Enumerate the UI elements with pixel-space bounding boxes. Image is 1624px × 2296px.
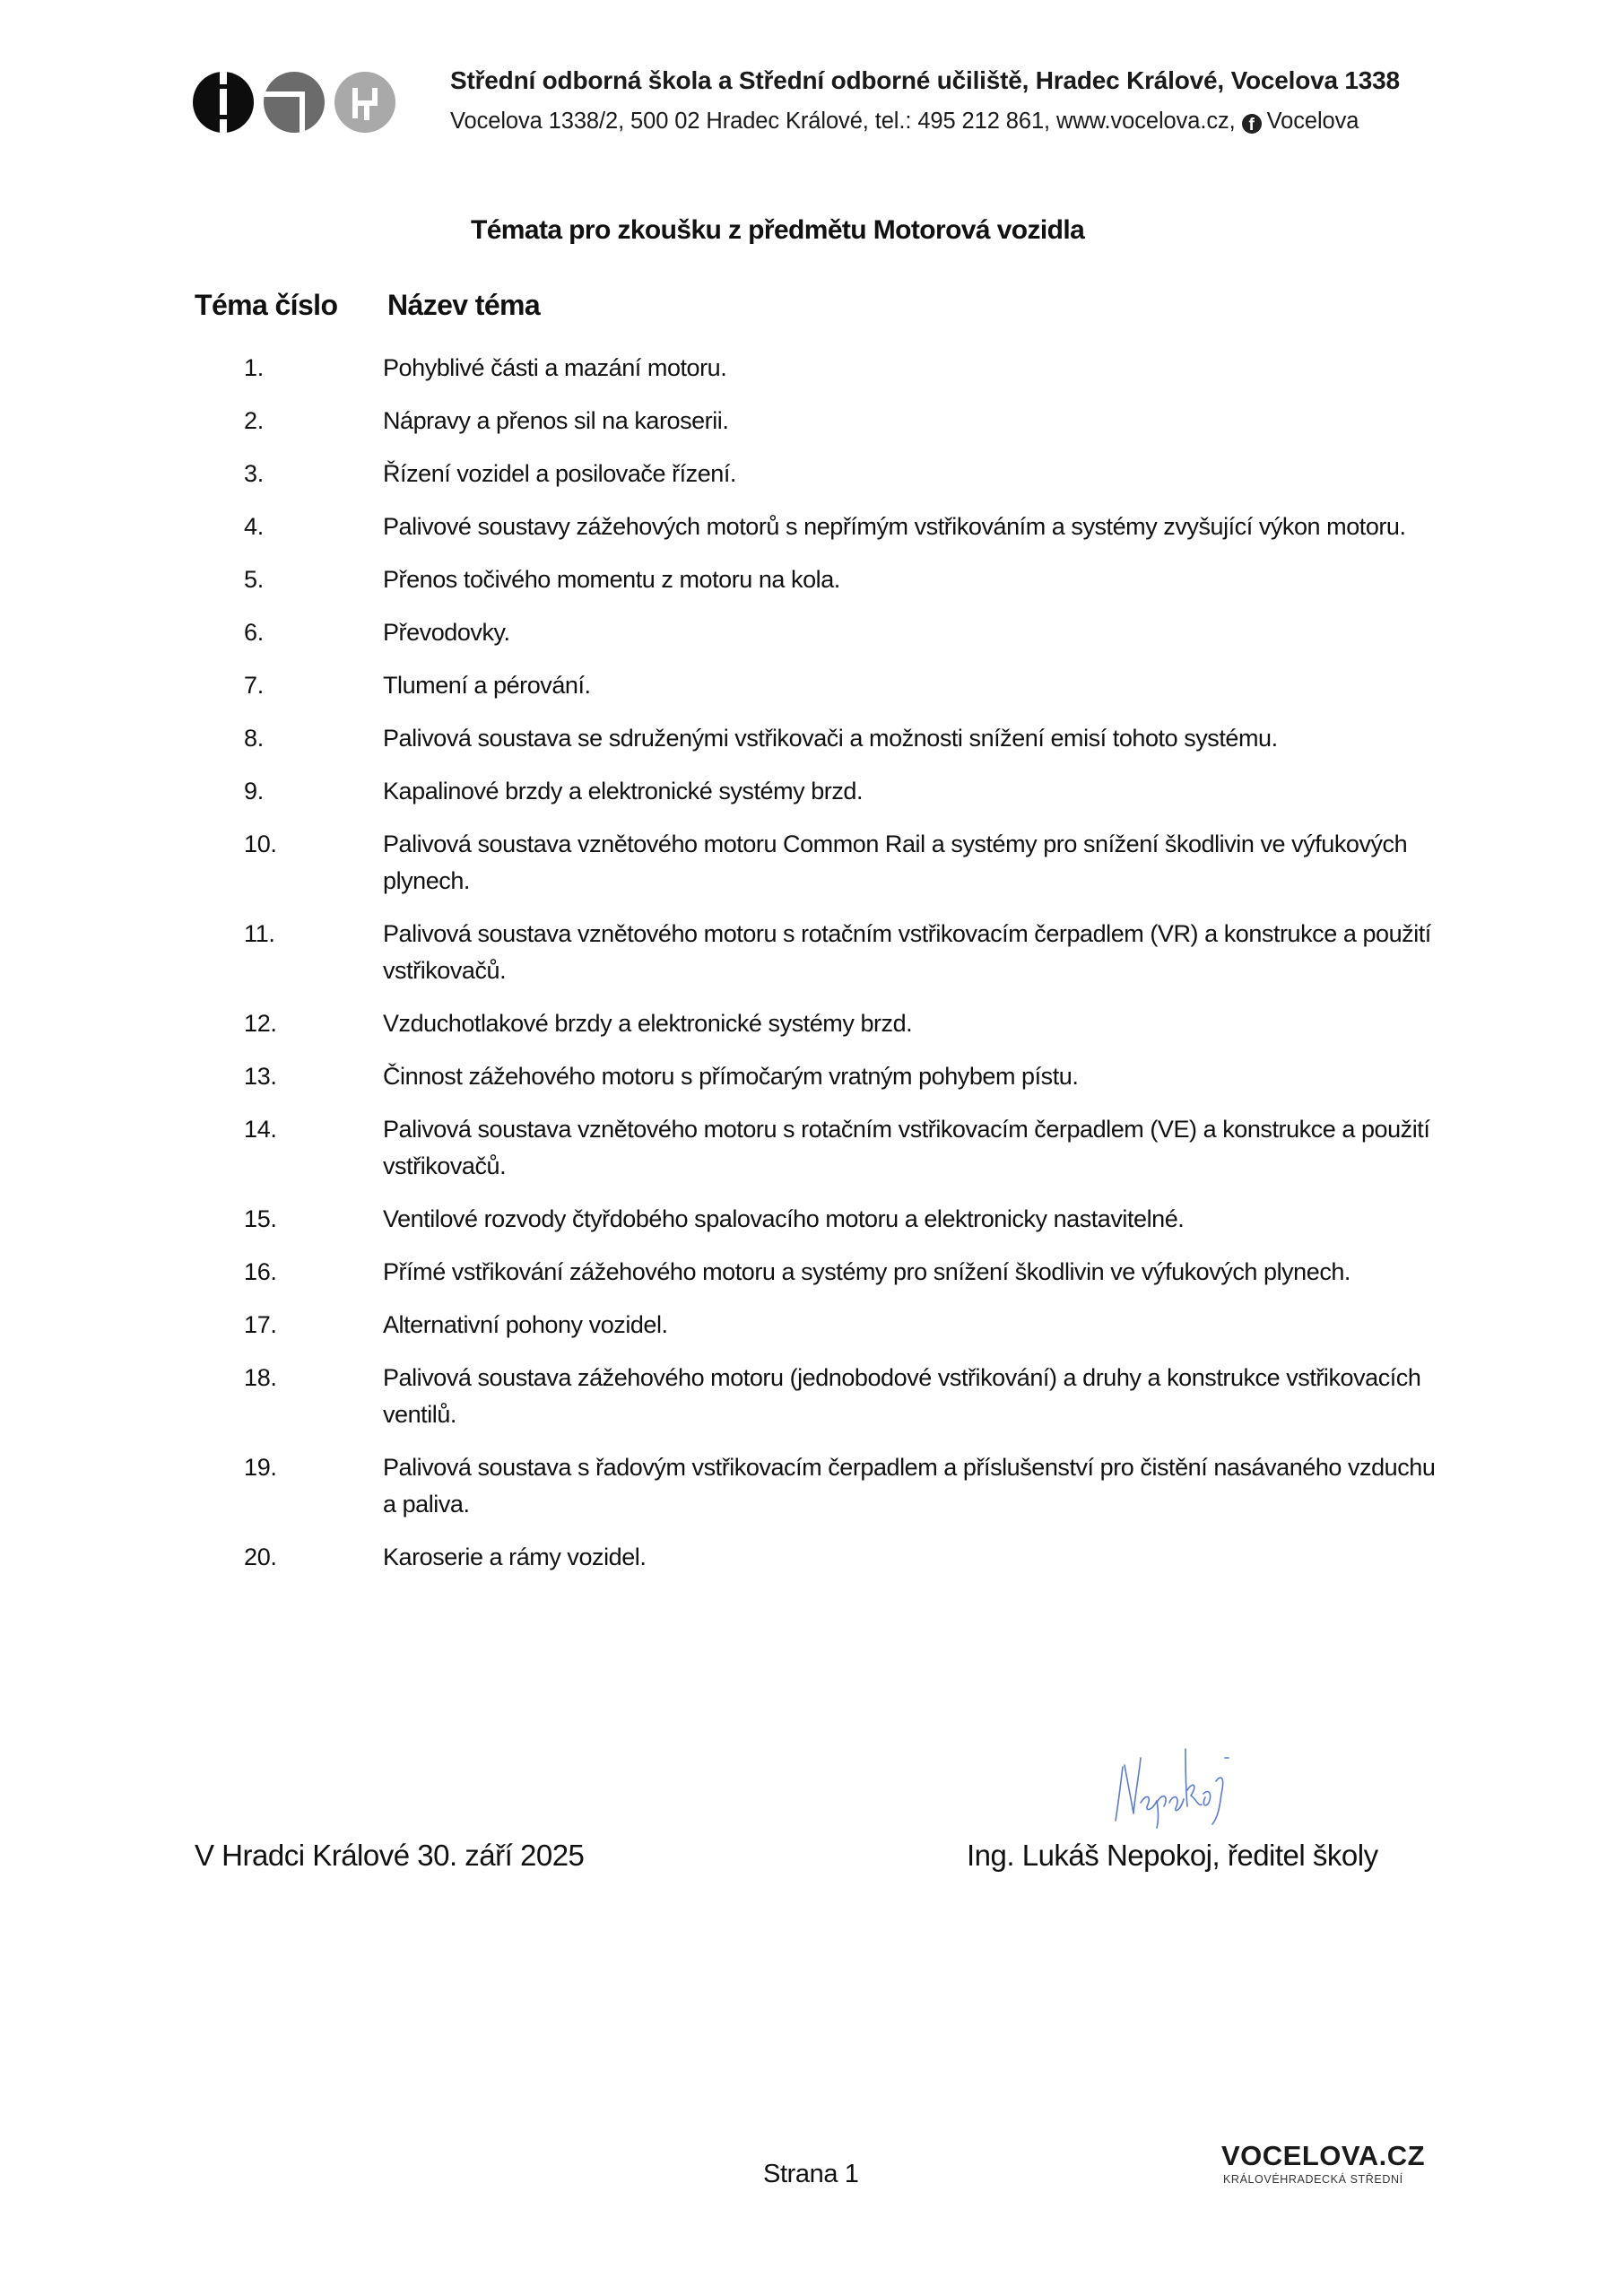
topic-number: 20.	[244, 1539, 277, 1576]
signatory: Ing. Lukáš Nepokoj, ředitel školy	[967, 1839, 1378, 1873]
topic-name: Činnost zážehového motoru s přímočarým v…	[383, 1058, 1441, 1095]
topic-row: 2.Nápravy a přenos sil na karoserii.	[0, 403, 1624, 439]
topic-name: Alternativní pohony vozidel.	[383, 1307, 1441, 1344]
topic-number: 15.	[244, 1201, 277, 1238]
topic-number: 12.	[244, 1005, 277, 1042]
topic-row: 9.Kapalinové brzdy a elektronické systém…	[0, 773, 1624, 810]
topic-number: 4.	[244, 509, 264, 545]
logo-circle-gray-icon	[264, 72, 325, 133]
topic-number: 17.	[244, 1307, 277, 1344]
topic-row: 6.Převodovky.	[0, 614, 1624, 651]
topic-row: 17.Alternativní pohony vozidel.	[0, 1307, 1624, 1344]
topic-row: 7.Tlumení a pérování.	[0, 667, 1624, 704]
brand-logo: VOCELOVA.CZ	[1221, 2140, 1425, 2172]
column-header-number: Téma číslo	[195, 289, 337, 322]
topic-number: 10.	[244, 826, 277, 863]
page-number: Strana 1	[763, 2160, 858, 2189]
topic-name: Kapalinové brzdy a elektronické systémy …	[383, 773, 1441, 810]
topic-row: 13.Činnost zážehového motoru s přímočarý…	[0, 1058, 1624, 1095]
topic-row: 14.Palivová soustava vznětového motoru s…	[0, 1111, 1624, 1185]
topic-row: 10.Palivová soustava vznětového motoru C…	[0, 826, 1624, 900]
topic-row: 15.Ventilové rozvody čtyřdobého spalovac…	[0, 1201, 1624, 1238]
topic-number: 2.	[244, 403, 264, 439]
column-header-name: Název téma	[387, 289, 540, 322]
topic-name: Nápravy a přenos sil na karoserii.	[383, 403, 1441, 439]
topic-number: 14.	[244, 1111, 277, 1148]
facebook-icon: f	[1242, 114, 1262, 134]
topic-number: 19.	[244, 1449, 277, 1486]
topic-row: 3.Řízení vozidel a posilovače řízení.	[0, 456, 1624, 492]
topic-row: 12.Vzduchotlakové brzdy a elektronické s…	[0, 1005, 1624, 1042]
topic-number: 16.	[244, 1254, 277, 1291]
topic-row: 19.Palivová soustava s řadovým vstřikova…	[0, 1449, 1624, 1523]
document-title: Témata pro zkoušku z předmětu Motorová v…	[471, 215, 1084, 246]
topic-name: Palivová soustava zážehového motoru (jed…	[383, 1360, 1441, 1433]
topic-name: Palivová soustava vznětového motoru s ro…	[383, 916, 1441, 989]
topic-name: Převodovky.	[383, 614, 1441, 651]
topic-number: 9.	[244, 773, 264, 810]
topic-name: Palivová soustava s řadovým vstřikovacím…	[383, 1449, 1441, 1523]
topic-number: 8.	[244, 720, 264, 757]
topic-name: Pohyblivé části a mazání motoru.	[383, 350, 1441, 387]
topic-row: 20.Karoserie a rámy vozidel.	[0, 1539, 1624, 1576]
topic-name: Ventilové rozvody čtyřdobého spalovacího…	[383, 1201, 1441, 1238]
topic-name: Karoserie a rámy vozidel.	[383, 1539, 1441, 1576]
topic-row: 8.Palivová soustava se sdruženými vstřik…	[0, 720, 1624, 757]
topic-name: Palivová soustava se sdruženými vstřikov…	[383, 720, 1441, 757]
topic-row: 1.Pohyblivé části a mazání motoru.	[0, 350, 1624, 387]
topic-row: 11.Palivová soustava vznětového motoru s…	[0, 916, 1624, 989]
topic-number: 13.	[244, 1058, 277, 1095]
school-name: Střední odborná škola a Střední odborné …	[450, 66, 1400, 95]
facebook-label: Vocelova	[1267, 109, 1359, 134]
signature-image	[1105, 1731, 1239, 1830]
topic-name: Řízení vozidel a posilovače řízení.	[383, 456, 1441, 492]
logo-circle-lightgray-icon	[334, 72, 395, 133]
topic-name: Palivová soustava vznětového motoru Comm…	[383, 826, 1441, 900]
topic-number: 11.	[244, 916, 275, 952]
topic-number: 5.	[244, 561, 264, 598]
topic-number: 1.	[244, 350, 264, 387]
address-line: Vocelova 1338/2, 500 02 Hradec Králové, …	[450, 109, 1236, 134]
topic-name: Přenos točivého momentu z motoru na kola…	[383, 561, 1441, 598]
topic-number: 6.	[244, 614, 264, 651]
topic-number: 7.	[244, 667, 264, 704]
topic-name: Tlumení a pérování.	[383, 667, 1441, 704]
topic-row: 18.Palivová soustava zážehového motoru (…	[0, 1360, 1624, 1433]
topic-row: 16.Přímé vstřikování zážehového motoru a…	[0, 1254, 1624, 1291]
topic-name: Palivová soustava vznětového motoru s ro…	[383, 1111, 1441, 1185]
place-and-date: V Hradci Králové 30. září 2025	[195, 1839, 584, 1873]
logo-circle-black-icon	[193, 72, 254, 133]
topic-name: Přímé vstřikování zážehového motoru a sy…	[383, 1254, 1441, 1291]
topic-number: 18.	[244, 1360, 277, 1396]
topic-name: Palivové soustavy zážehových motorů s ne…	[383, 509, 1441, 545]
topic-row: 4.Palivové soustavy zážehových motorů s …	[0, 509, 1624, 545]
topic-name: Vzduchotlakové brzdy a elektronické syst…	[383, 1005, 1441, 1042]
topic-row: 5.Přenos točivého momentu z motoru na ko…	[0, 561, 1624, 598]
brand-tagline: KRÁLOVÉHRADECKÁ STŘEDNÍ	[1223, 2173, 1403, 2186]
school-address: Vocelova 1338/2, 500 02 Hradec Králové, …	[450, 109, 1359, 135]
topic-number: 3.	[244, 456, 264, 492]
topic-list: 1.Pohyblivé části a mazání motoru.2.Nápr…	[0, 350, 1624, 1592]
